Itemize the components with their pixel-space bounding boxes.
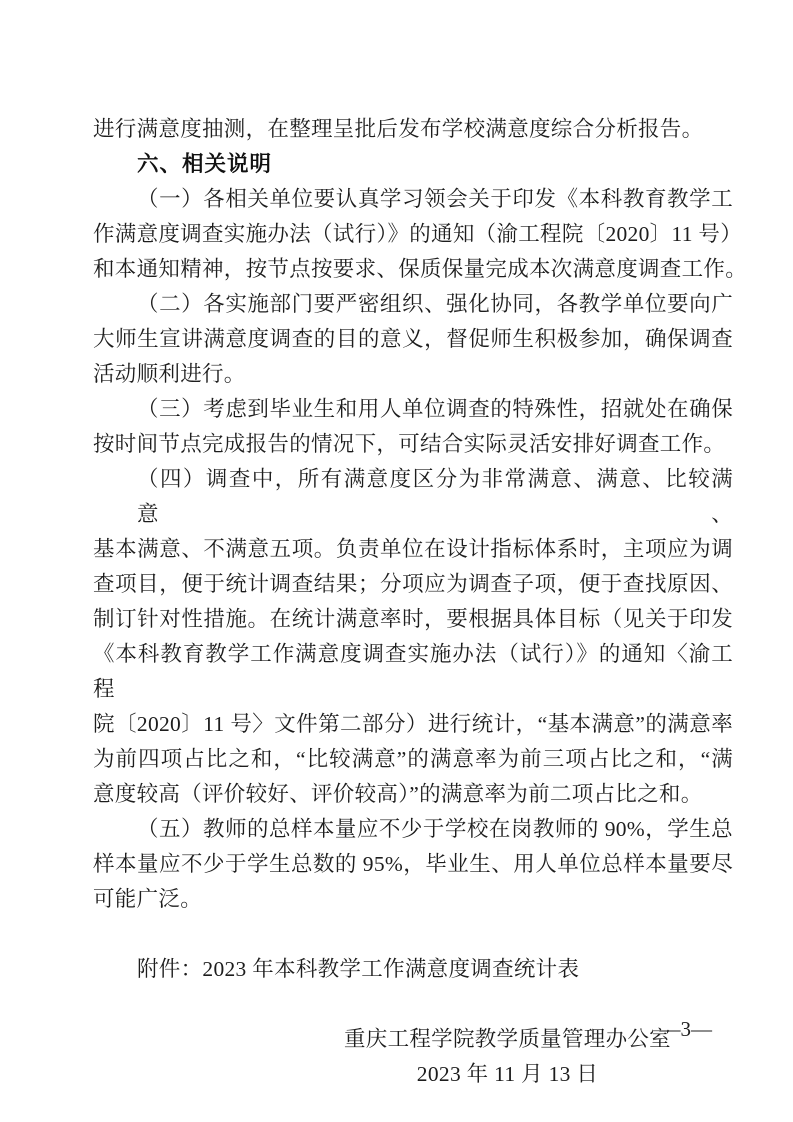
section-heading: 六、相关说明 (93, 147, 733, 182)
attachment-line: 附件：2023 年本科教学工作满意度调查统计表 (93, 952, 733, 987)
spacer (93, 987, 733, 1022)
text-line: 为前四项占比之和，“比较满意”的满意率为前三项占比之和，“满 (93, 742, 733, 777)
text-line: 意度较高（评价较好、评价较高）”的满意率为前二项占比之和。 (93, 777, 733, 812)
text-line: 可能广泛。 (93, 882, 733, 917)
document-page: 进行满意度抽测，在整理呈批后发布学校满意度综合分析报告。六、相关说明（一）各相关… (0, 0, 793, 1122)
paragraph-continuation-line: 进行满意度抽测，在整理呈批后发布学校满意度综合分析报告。 (93, 112, 733, 147)
text-line: 大师生宣讲满意度调查的目的意义，督促师生积极参加，确保调查 (93, 322, 733, 357)
text-line: 和本通知精神，按节点按要求、保质保量完成本次满意度调查工作。 (93, 252, 733, 287)
body-text-blocks: 进行满意度抽测，在整理呈批后发布学校满意度综合分析报告。六、相关说明（一）各相关… (93, 112, 733, 1022)
text-line: 活动顺利进行。 (93, 357, 733, 392)
signature-date: 2023 年 11 月 13 日 (344, 1057, 671, 1092)
document-body: 进行满意度抽测，在整理呈批后发布学校满意度综合分析报告。六、相关说明（一）各相关… (93, 112, 733, 1092)
text-line: （四）调查中，所有满意度区分为非常满意、满意、比较满意、 (93, 462, 733, 532)
signature-org: 重庆工程学院教学质量管理办公室 (344, 1022, 671, 1057)
text-line: 院〔2020〕11 号〉文件第二部分）进行统计，“基本满意”的满意率 (93, 707, 733, 742)
text-line: （二）各实施部门要严密组织、强化协同，各教学单位要向广 (93, 287, 733, 322)
text-line: 查项目，便于统计调查结果；分项应为调查子项，便于查找原因、 (93, 567, 733, 602)
text-line: 按时间节点完成报告的情况下，可结合实际灵活安排好调查工作。 (93, 427, 733, 462)
spacer (93, 917, 733, 952)
text-line: （一）各相关单位要认真学习领会关于印发《本科教育教学工 (93, 182, 733, 217)
text-line: 制订针对性措施。在统计满意率时，要根据具体目标（见关于印发 (93, 602, 733, 637)
text-line: 《本科教育教学工作满意度调查实施办法（试行）》的通知〈渝工程 (93, 637, 733, 707)
text-line: （五）教师的总样本量应不少于学校在岗教师的 90%，学生总 (93, 812, 733, 847)
text-line: 基本满意、不满意五项。负责单位在设计指标体系时，主项应为调 (93, 532, 733, 567)
text-line: 样本量应不少于学生总数的 95%，毕业生、用人单位总样本量要尽 (93, 847, 733, 882)
text-line: （三）考虑到毕业生和用人单位调查的特殊性，招就处在确保 (93, 392, 733, 427)
text-line: 作满意度调查实施办法（试行）》的通知（渝工程院〔2020〕11 号） (93, 217, 733, 252)
signature-block: 重庆工程学院教学质量管理办公室 2023 年 11 月 13 日 (344, 1022, 671, 1092)
page-number: —3— (660, 1012, 713, 1047)
